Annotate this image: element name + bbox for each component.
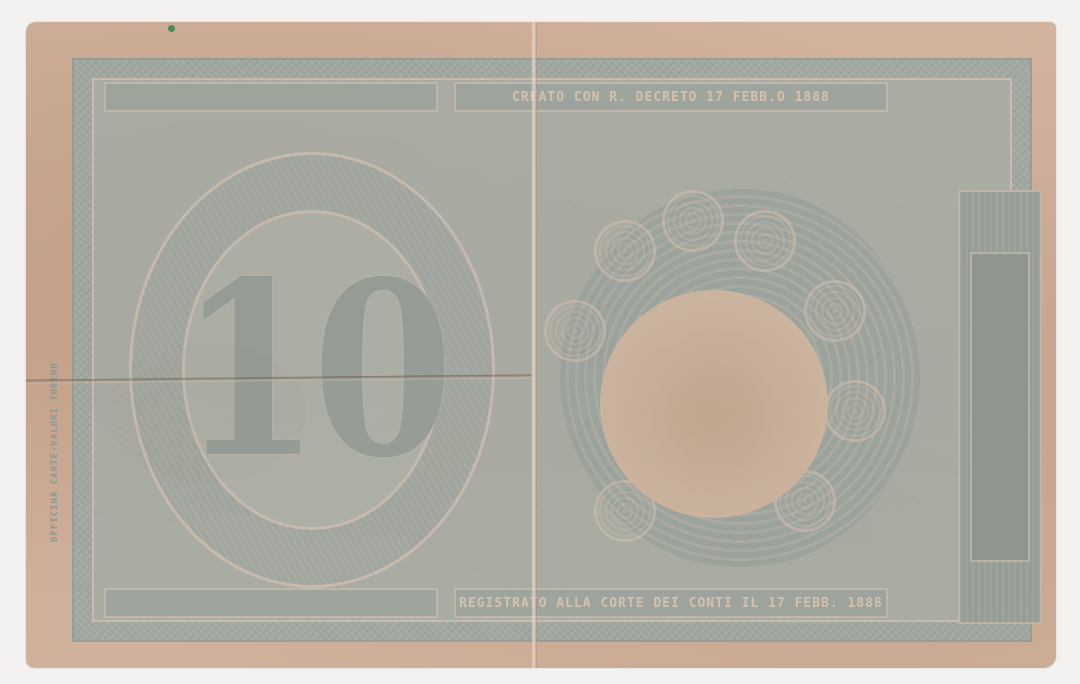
rosette — [804, 280, 866, 342]
printed-frame: CREATO CON R. DECRETO 17 FEBB.O 1888 REG… — [72, 58, 1032, 642]
ink-spot — [168, 25, 175, 32]
bottom-band-text: REGISTRATO ALLA CORTE DEI CONTI IL 17 FE… — [459, 596, 883, 611]
denomination-oval-inner: 10 — [182, 210, 442, 530]
right-ornamental-panel — [958, 190, 1042, 624]
vertical-fold — [531, 22, 537, 668]
banknote: OFFICINA CARTE-VALORI TORINO CREATO CON … — [26, 22, 1056, 668]
printer-imprint: OFFICINA CARTE-VALORI TORINO — [50, 362, 60, 542]
rosette — [594, 220, 656, 282]
rosette — [662, 190, 724, 252]
right-panel-box — [970, 252, 1030, 562]
rosette — [734, 210, 796, 272]
top-left-band — [104, 82, 438, 112]
rosette — [824, 380, 886, 442]
bottom-left-band — [104, 588, 438, 618]
rosette — [544, 300, 606, 362]
medallion-blank-center — [600, 290, 828, 518]
denomination-oval: 10 — [129, 152, 495, 588]
denomination-numeral: 10 — [179, 229, 446, 511]
top-band: CREATO CON R. DECRETO 17 FEBB.O 1888 — [454, 82, 888, 112]
top-band-text: CREATO CON R. DECRETO 17 FEBB.O 1888 — [512, 90, 830, 105]
bottom-band: REGISTRATO ALLA CORTE DEI CONTI IL 17 FE… — [454, 588, 888, 618]
